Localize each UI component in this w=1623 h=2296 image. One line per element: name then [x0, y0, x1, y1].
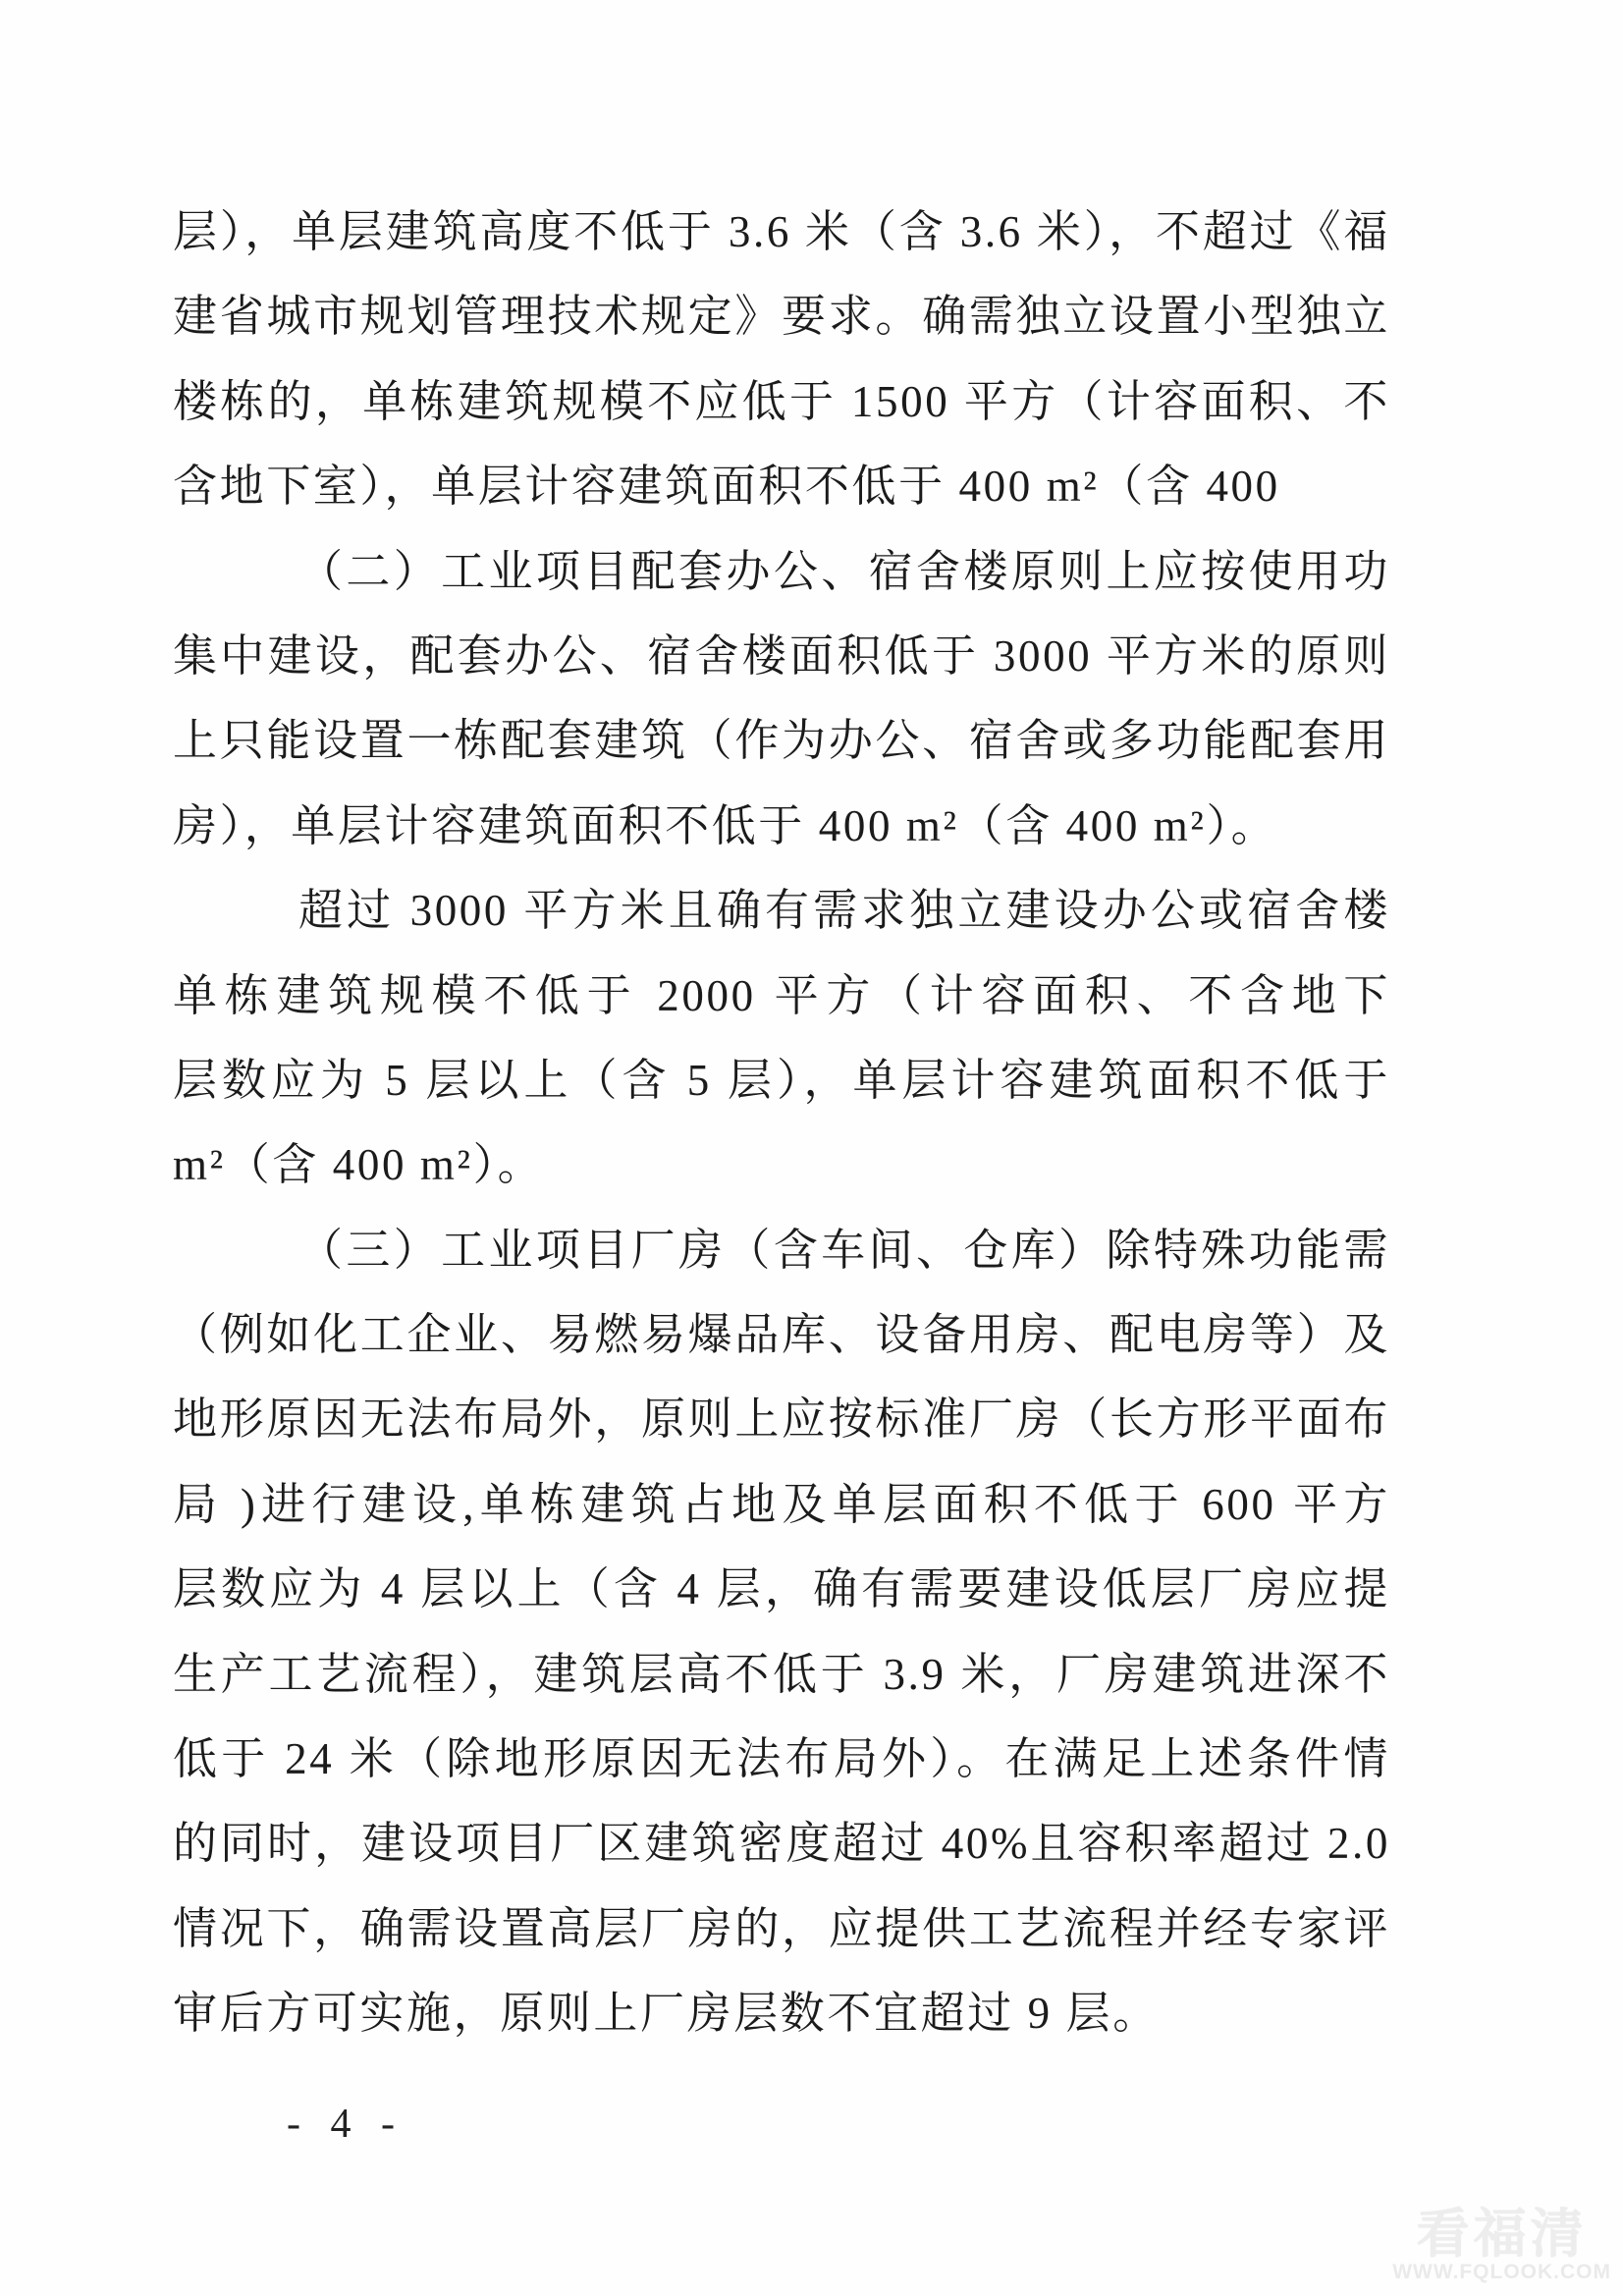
text-line: （二）工业项目配套办公、宿舍楼原则上应按使用功能	[173, 529, 1390, 614]
text-line: （例如化工企业、易燃易爆品库、设备用房、配电房等）及	[173, 1292, 1390, 1377]
document-page: 层），单层建筑高度不低于 3.6 米（含 3.6 米），不超过《福 建省城市规划…	[0, 0, 1623, 2296]
text-line: 建省城市规划管理技术规定》要求。确需独立设置小型独立	[173, 274, 1390, 358]
watermark-title: 看福清	[1392, 2208, 1611, 2261]
text-line: 房），单层计容建筑面积不低于 400 m²（含 400 m²）。	[173, 784, 1390, 868]
text-line: 地形原因无法布局外，原则上应按标准厂房（长方形平面布	[173, 1377, 1390, 1461]
text-line: 楼栋的，单栋建筑规模不应低于 1500 平方（计容面积、不	[173, 359, 1390, 444]
text-line: （三）工业项目厂房（含车间、仓库）除特殊功能需求	[173, 1208, 1390, 1292]
watermark: 看福清 WWW.FQLOOK.COM	[1392, 2208, 1611, 2284]
page-number: - 4 -	[287, 2104, 405, 2145]
text-line: 局 )进行建设,单栋建筑占地及单层面积不低于 600 平方米，	[173, 1462, 1390, 1547]
text-line: 单栋建筑规模不低于 2000 平方（计容面积、不含地下室），	[173, 954, 1390, 1038]
text-line: 层数应为 5 层以上（含 5 层），单层计容建筑面积不低于 400	[173, 1038, 1390, 1122]
text-line: 审后方可实施，原则上厂房层数不宜超过 9 层。	[173, 1971, 1390, 2055]
text-line: 集中建设，配套办公、宿舍楼面积低于 3000 平方米的原则	[173, 614, 1390, 698]
text-line: 生产工艺流程），建筑层高不低于 3.9 米，厂房建筑进深不	[173, 1632, 1390, 1717]
text-line: 的同时，建设项目厂区建筑密度超过 40%且容积率超过 2.0	[173, 1801, 1390, 1886]
text-line: 层数应为 4 层以上（含 4 层，确有需要建设低层厂房应提供	[173, 1547, 1390, 1631]
text-line: 超过 3000 平方米且确有需求独立建设办公或宿舍楼的，	[173, 868, 1390, 953]
text-line: 情况下，确需设置高层厂房的，应提供工艺流程并经专家评	[173, 1886, 1390, 1971]
text-line: 含地下室），单层计容建筑面积不低于 400 m²（含 400 m²）。	[173, 444, 1390, 528]
watermark-url: WWW.FQLOOK.COM	[1392, 2261, 1611, 2284]
document-text-block: 层），单层建筑高度不低于 3.6 米（含 3.6 米），不超过《福 建省城市规划…	[173, 190, 1390, 2056]
text-line: 低于 24 米（除地形原因无法布局外）。在满足上述条件情况	[173, 1717, 1390, 1801]
text-line: 上只能设置一栋配套建筑（作为办公、宿舍或多功能配套用	[173, 698, 1390, 783]
text-line: 层），单层建筑高度不低于 3.6 米（含 3.6 米），不超过《福	[173, 190, 1390, 274]
text-line: m²（含 400 m²）。	[173, 1122, 1390, 1207]
